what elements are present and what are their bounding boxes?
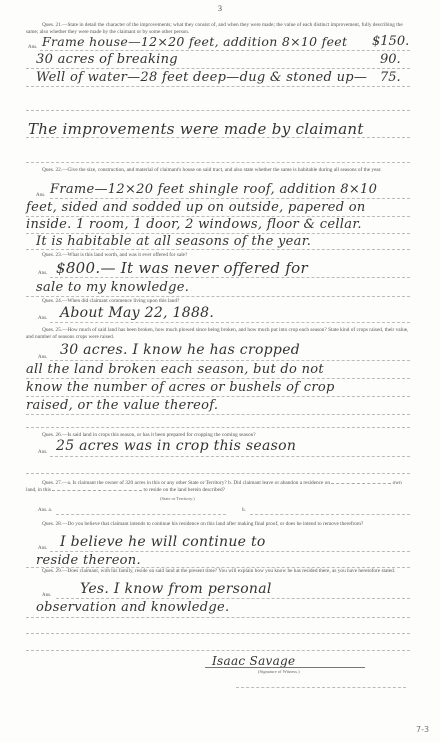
question-24: Ques. 24.—When did claimant commence liv… [26, 298, 411, 305]
answer-23-line-1: $800.— It was never offered for [56, 259, 308, 277]
question-29: Ques. 29.—Does claimant, with his family… [26, 568, 411, 575]
question-28: Ques. 28.—Do you believe that claimant i… [26, 521, 411, 528]
improvement-3: Well of water—28 feet deep—dug & stoned … [36, 70, 367, 85]
answer-24: About May 22, 1888. [60, 305, 214, 321]
page-number: 3 [0, 4, 440, 13]
rule [50, 322, 410, 323]
answer-22-line-3: inside. 1 room, 1 door, 2 windows, floor… [26, 217, 362, 232]
answer-label-22: Ans. [36, 193, 45, 198]
answer-29-line-2: observation and knowledge. [36, 600, 229, 615]
rule [26, 249, 410, 250]
rule [26, 473, 410, 474]
question-27: Ques. 27.—a. Is claimant the owner of 32… [26, 480, 411, 494]
rule [26, 378, 410, 379]
rule [236, 687, 406, 688]
improvement-3-value: 75. [380, 70, 401, 85]
rule [26, 617, 410, 618]
rule [50, 198, 410, 199]
question-27-to-reside: to reside on the land herein described? [144, 487, 225, 493]
rule [56, 598, 410, 599]
rule [40, 50, 410, 51]
answer-25-line-3: know the number of acres or bushels of c… [26, 380, 335, 395]
rule [26, 162, 410, 163]
improvement-2: 30 acres of breaking [36, 52, 178, 67]
rule [26, 110, 410, 111]
rule [26, 396, 410, 397]
witness-signature: Isaac Savage [212, 654, 295, 668]
answer-label-25: Ans. [38, 355, 47, 360]
blank-field [331, 483, 391, 484]
answer-label-26: Ans. [38, 450, 47, 455]
question-27b: b. Did claimant leave or abandon a resid… [228, 480, 330, 486]
signature-caption: (Signature of Witness.) [258, 669, 300, 674]
answer-22-line-2: feet, sided and sodded up on outside, pa… [26, 200, 366, 215]
signature-line [205, 667, 365, 668]
rule [50, 277, 410, 278]
rule [250, 514, 410, 515]
improvement-1-value: $150. [372, 34, 409, 49]
improvement-2-value: 90. [380, 52, 401, 67]
rule [26, 633, 410, 634]
rule [26, 86, 410, 87]
rule [26, 427, 410, 428]
answer-label-27b: b. [242, 508, 246, 513]
rule [50, 360, 410, 361]
rule [26, 650, 410, 651]
answer-26: 25 acres was in crop this season [56, 438, 296, 454]
answer-28-line-2: reside thereon. [36, 553, 141, 568]
answer-22-line-1: Frame—12×20 feet shingle roof, addition … [50, 182, 377, 197]
question-22: Ques. 22.—Give the size, construction, a… [26, 167, 411, 174]
state-caption: (State or Territory.) [160, 496, 195, 501]
improvements-note: The improvements were made by claimant [28, 120, 364, 138]
rule [26, 296, 410, 297]
answer-label-21: Ans. [28, 45, 37, 50]
answer-25-line-4: raised, or the value thereof. [26, 398, 218, 413]
answer-25-line-2: all the land broken each season, but do … [26, 362, 324, 377]
question-27a: Ques. 27.—a. Is claimant the owner of 32… [42, 480, 227, 486]
answer-label-23: Ans. [38, 271, 47, 276]
answer-29-line-1: Yes. I know from personal [80, 581, 272, 597]
answer-23-line-2: sale to my knowledge. [36, 280, 189, 295]
answer-label-27a: Ans. a. [38, 508, 52, 513]
corner-mark: 7-3 [416, 725, 429, 734]
improvement-1: Frame house—12×20 feet, addition 8×10 fe… [42, 34, 347, 49]
rule [50, 551, 410, 552]
rule [50, 456, 410, 457]
answer-28-line-1: I believe he will continue to [60, 534, 266, 550]
rule [26, 137, 410, 138]
rule [26, 68, 410, 69]
rule [26, 414, 410, 415]
answer-25-line-1: 30 acres. I know he has cropped [60, 342, 300, 358]
answer-label-28: Ans. [38, 546, 47, 551]
answer-label-24: Ans. [38, 316, 47, 321]
answer-22-line-4: It is habitable at all seasons of the ye… [36, 234, 311, 249]
answer-label-29: Ans. [42, 593, 51, 598]
rule [56, 514, 226, 515]
question-23: Ques. 23.—What is this land worth, and w… [26, 252, 411, 259]
question-25: Ques. 25.—How much of said land has been… [26, 327, 411, 341]
document-page: 3 Ques. 21.—State in detail the characte… [0, 0, 440, 742]
blank-field [52, 490, 142, 491]
